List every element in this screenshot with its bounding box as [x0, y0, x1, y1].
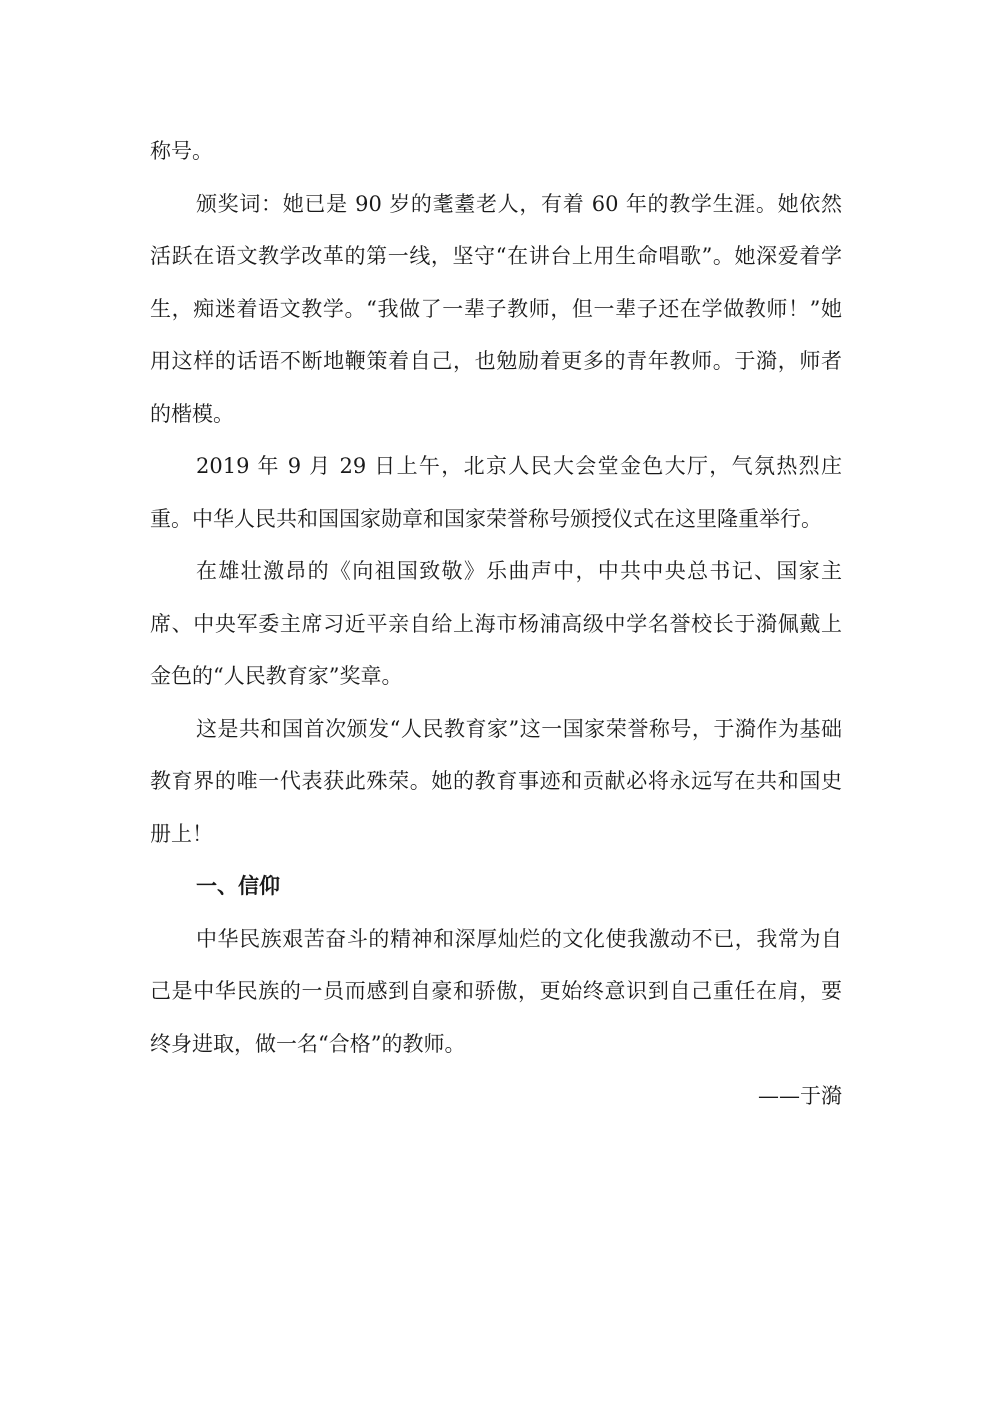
paragraph-award-citation: 颁奖词：她已是 90 岁的耄耋老人，有着 60 年的教学生涯。她依然活跃在语文教… [150, 178, 842, 441]
quote-attribution: ——于漪 [150, 1070, 842, 1123]
document-page: 称号。 颁奖词：她已是 90 岁的耄耋老人，有着 60 年的教学生涯。她依然活跃… [150, 125, 842, 1123]
paragraph-medal: 在雄壮激昂的《向祖国致敬》乐曲声中，中共中央总书记、国家主席、中央军委主席习近平… [150, 545, 842, 703]
paragraph-continuation: 称号。 [150, 125, 842, 178]
section-heading: 一、信仰 [150, 860, 842, 913]
quote-text: 中华民族艰苦奋斗的精神和深厚灿烂的文化使我激动不已，我常为自己是中华民族的一员而… [150, 913, 842, 1071]
paragraph-ceremony: 2019 年 9 月 29 日上午，北京人民大会堂金色大厅，气氛热烈庄重。中华人… [150, 440, 842, 545]
paragraph-honor: 这是共和国首次颁发“人民教育家”这一国家荣誉称号，于漪作为基础教育界的唯一代表获… [150, 703, 842, 861]
